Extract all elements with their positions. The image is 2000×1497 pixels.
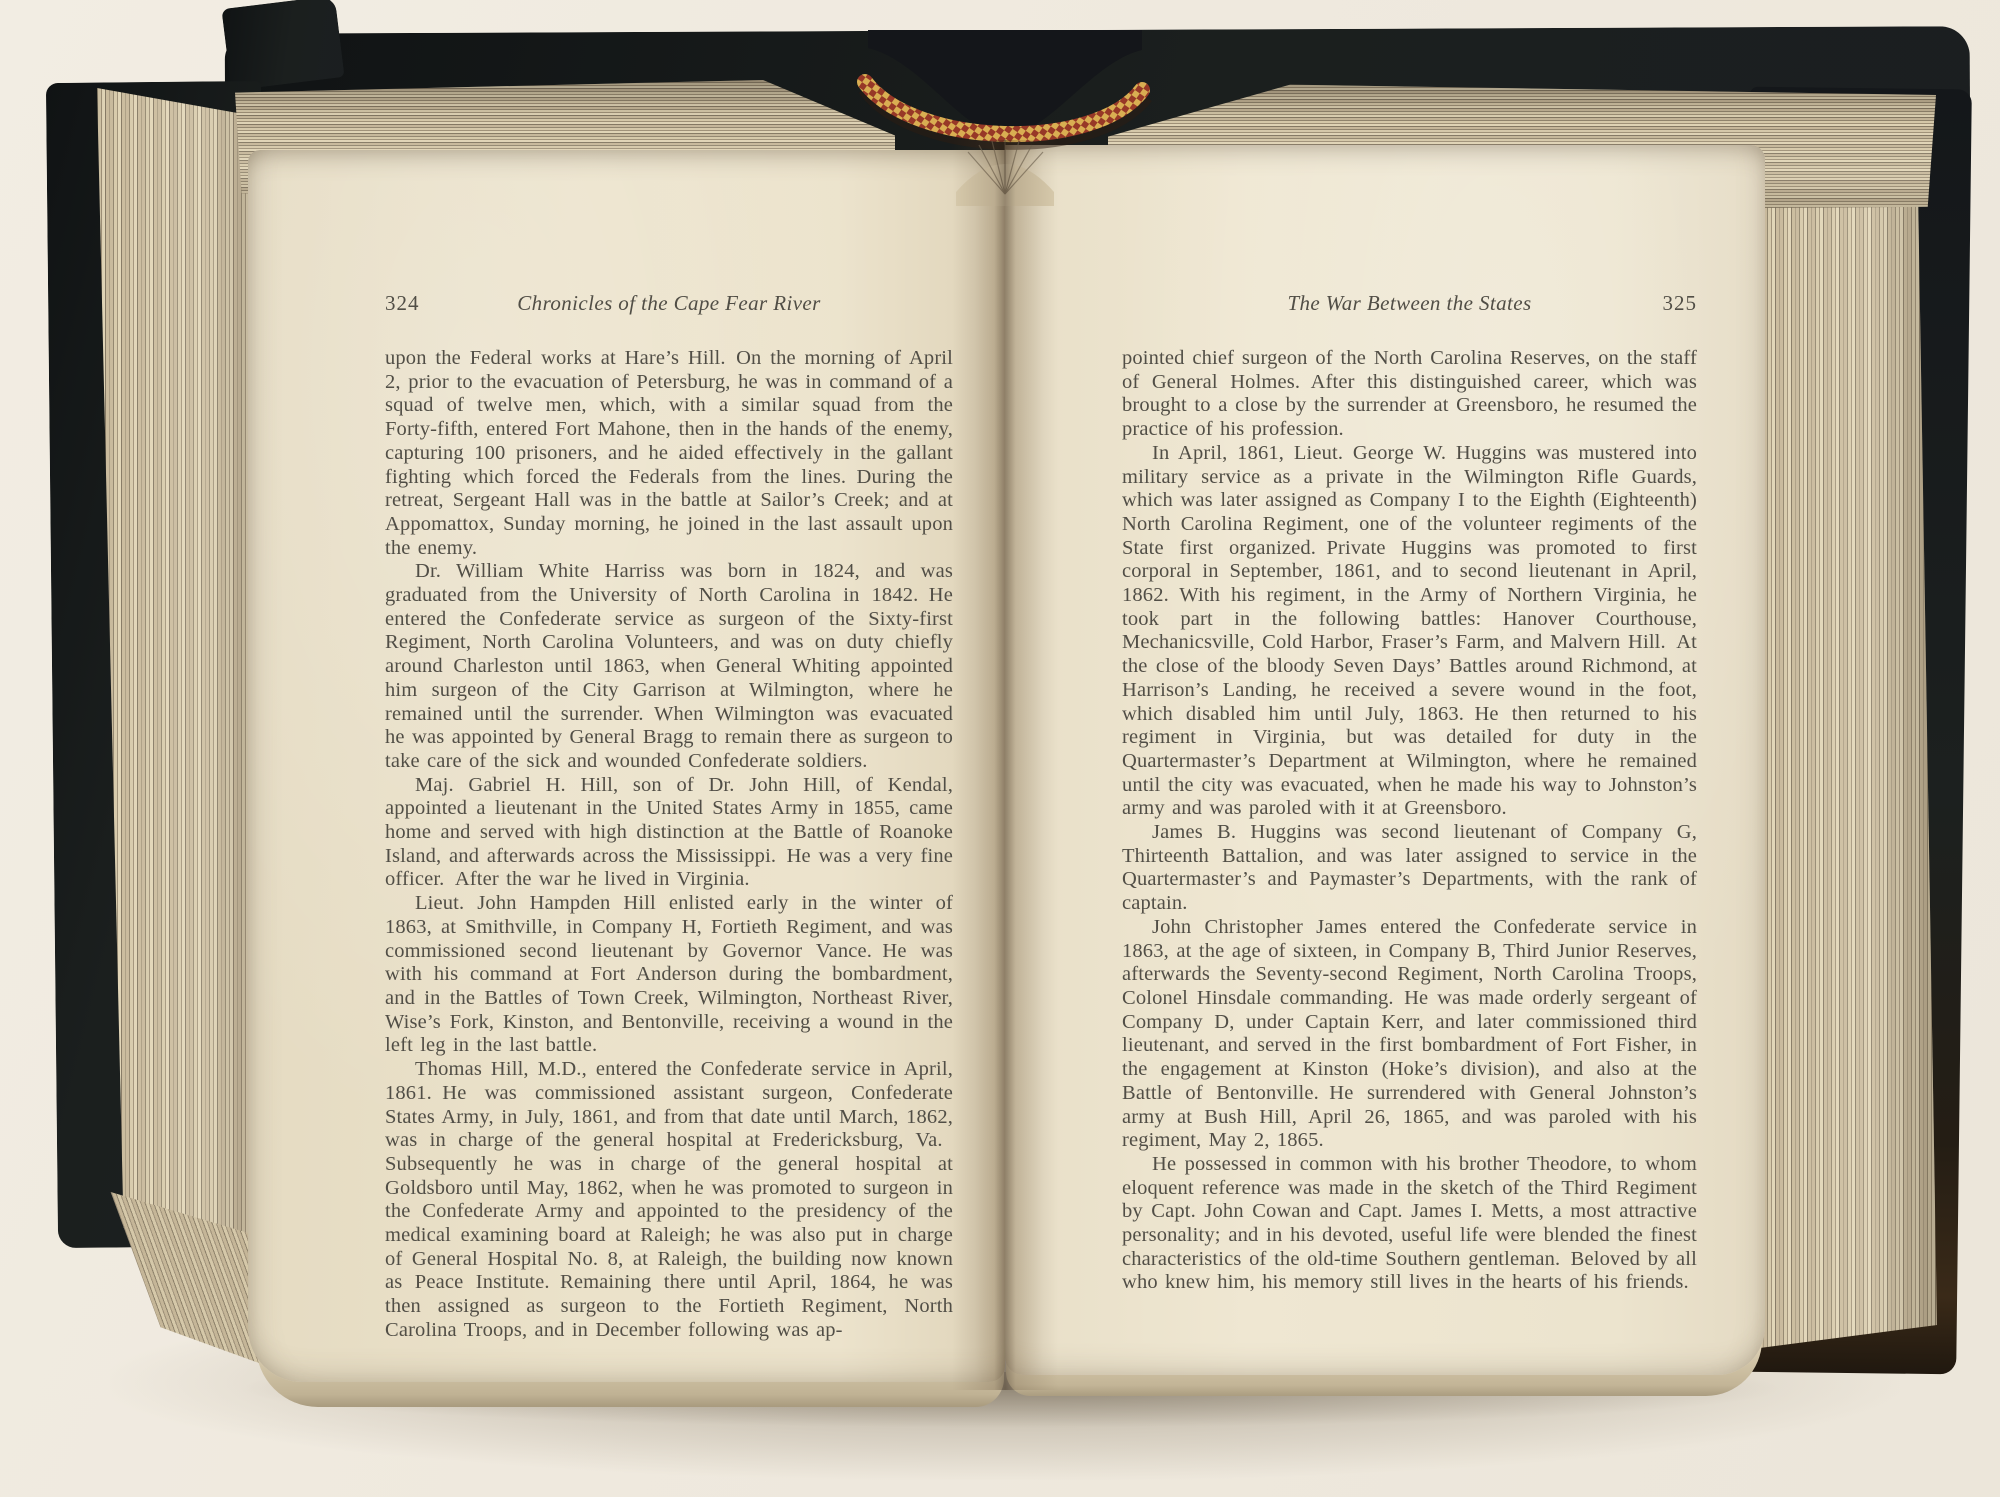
paragraph: upon the Federal works at Hare’s Hill. O… <box>385 347 953 560</box>
right-running-title: The War Between the States <box>1122 290 1697 316</box>
right-page-body: pointed chief surgeon of the North Carol… <box>1122 347 1697 1295</box>
paragraph: Maj. Gabriel H. Hill, son of Dr. John Hi… <box>385 774 953 893</box>
paragraph: James B. Huggins was second lieutenant o… <box>1122 821 1697 916</box>
paragraph: In April, 1861, Lieut. George W. Huggins… <box>1122 442 1697 821</box>
left-running-head: 324 Chronicles of the Cape Fear River <box>385 290 953 318</box>
spine-gutter-decoration <box>840 30 1170 230</box>
right-page-number: 325 <box>1663 290 1698 316</box>
open-book-photo: 324 Chronicles of the Cape Fear River up… <box>0 0 2000 1497</box>
left-page-text: 324 Chronicles of the Cape Fear River up… <box>385 290 953 1343</box>
paragraph: He possessed in common with his brother … <box>1122 1153 1697 1295</box>
paragraph: Thomas Hill, M.D., entered the Confedera… <box>385 1058 953 1342</box>
left-page-number: 324 <box>385 290 420 316</box>
paragraph: pointed chief surgeon of the North Carol… <box>1122 347 1697 442</box>
left-page-body: upon the Federal works at Hare’s Hill. O… <box>385 347 953 1343</box>
paragraph: Lieut. John Hampden Hill enlisted early … <box>385 892 953 1058</box>
paragraph: John Christopher James entered the Confe… <box>1122 916 1697 1153</box>
book-cover-corner <box>221 0 344 91</box>
right-page-text: The War Between the States 325 pointed c… <box>1122 290 1697 1295</box>
right-running-head: The War Between the States 325 <box>1122 290 1697 318</box>
left-running-title: Chronicles of the Cape Fear River <box>385 290 953 316</box>
paragraph: Dr. William White Harriss was born in 18… <box>385 560 953 773</box>
